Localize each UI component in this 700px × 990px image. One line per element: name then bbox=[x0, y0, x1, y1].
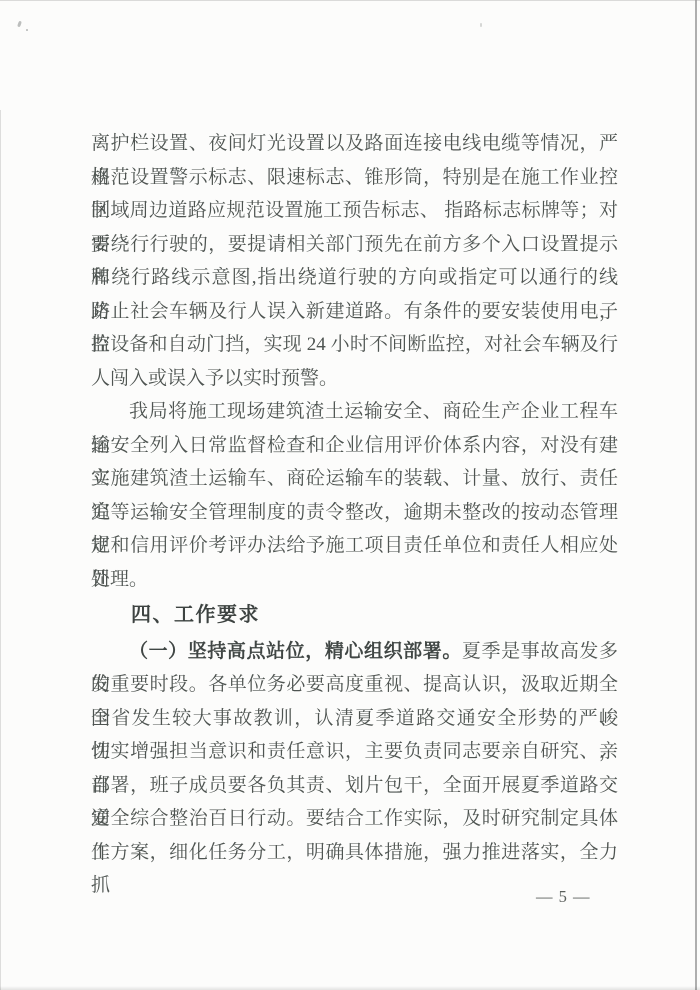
paragraph-3: （一）坚持高点站位，精心组织部署。夏季是事故高发多发 的重要时段。各单位务必要高… bbox=[91, 635, 618, 870]
scan-edge-top bbox=[0, 0, 700, 1]
scan-edge-right bbox=[695, 0, 697, 990]
text-line: 输安全列入日常监督检查和企业信用评价体系内容，对没有建立 bbox=[91, 429, 618, 463]
text-line: （一）坚持高点站位，精心组织部署。夏季是事故高发多发 bbox=[91, 635, 618, 669]
text-line: 全省发生较大事故教训，认清夏季道路交通安全形势的严峻性， bbox=[91, 702, 618, 736]
text-line: 人闯入或误入予以实时预警。 bbox=[91, 362, 618, 396]
section-heading: 四、工作要求 bbox=[91, 599, 618, 633]
document-body: 离护栏设置、夜间灯光设置以及路面连接电线电缆等情况，严格 规范设置警示标志、限速… bbox=[91, 127, 618, 869]
paragraph-2: 我局将施工现场建筑渣土运输安全、商砼生产企业工程车运 输安全列入日常监督检查和企… bbox=[91, 395, 618, 596]
text-line: 部署，班子成员要各负其责、划片包干，全面开展夏季道路交通 bbox=[91, 769, 618, 803]
text-line: 安全综合整治百日行动。要结合工作实际，及时研究制定具体工 bbox=[91, 802, 618, 836]
text-line: 防止社会车辆及行人误入新建道路。有条件的要安装使用电子监 bbox=[91, 295, 618, 329]
text-line: 和绕行路线示意图,指出绕道行驶的方向或指定可以通行的线路， bbox=[91, 261, 618, 295]
scan-speck bbox=[17, 21, 22, 28]
text-line: 离护栏设置、夜间灯光设置以及路面连接电线电缆等情况，严格 bbox=[91, 127, 618, 161]
scan-speck bbox=[480, 23, 482, 27]
text-line: 处理。 bbox=[91, 563, 618, 597]
scanned-page: 离护栏设置、夜间灯光设置以及路面连接电线电缆等情况，严格 规范设置警示标志、限速… bbox=[0, 0, 700, 990]
paragraph-1: 离护栏设置、夜间灯光设置以及路面连接电线电缆等情况，严格 规范设置警示标志、限速… bbox=[91, 127, 618, 395]
text-line: 区域周边道路应规范设置施工预告标志、 指路标志标牌等；对需 bbox=[91, 194, 618, 228]
scan-edge-bottom bbox=[0, 986, 700, 990]
page-number: — 5 — bbox=[536, 887, 591, 907]
text-line: 作方案，细化任务分工，明确具体措施，强力推进落实，全力抓 bbox=[91, 836, 618, 870]
text-line: 规范设置警示标志、限速标志、锥形筒，特别是在施工作业控制 bbox=[91, 161, 618, 195]
text-line: 实施建筑渣土运输车、商砼运输车的装载、计量、放行、责任追 bbox=[91, 462, 618, 496]
text-line: 要绕行行驶的，要提请相关部门预先在前方多个入口设置提示牌 bbox=[91, 228, 618, 262]
text-line: 的重要时段。各单位务必要高度重视、提高认识，汲取近期全国、 bbox=[91, 668, 618, 702]
text-line: 定和信用评价考评办法给予施工项目责任单位和责任人相应处罚 bbox=[91, 529, 618, 563]
text-line: 我局将施工现场建筑渣土运输安全、商砼生产企业工程车运 bbox=[91, 395, 618, 429]
text-line: 控设备和自动门挡，实现 24 小时不间断监控，对社会车辆及行 bbox=[91, 328, 618, 362]
scan-speck bbox=[26, 29, 28, 31]
text-line: 究等运输安全管理制度的责令整改，逾期未整改的按动态管理规 bbox=[91, 496, 618, 530]
emphasis-lead-text: （一）坚持高点站位，精心组织部署。 bbox=[129, 641, 462, 662]
text-line: 切实增强担当意识和责任意识，主要负责同志要亲自研究、亲自 bbox=[91, 735, 618, 769]
scan-edge-left bbox=[0, 110, 1, 990]
